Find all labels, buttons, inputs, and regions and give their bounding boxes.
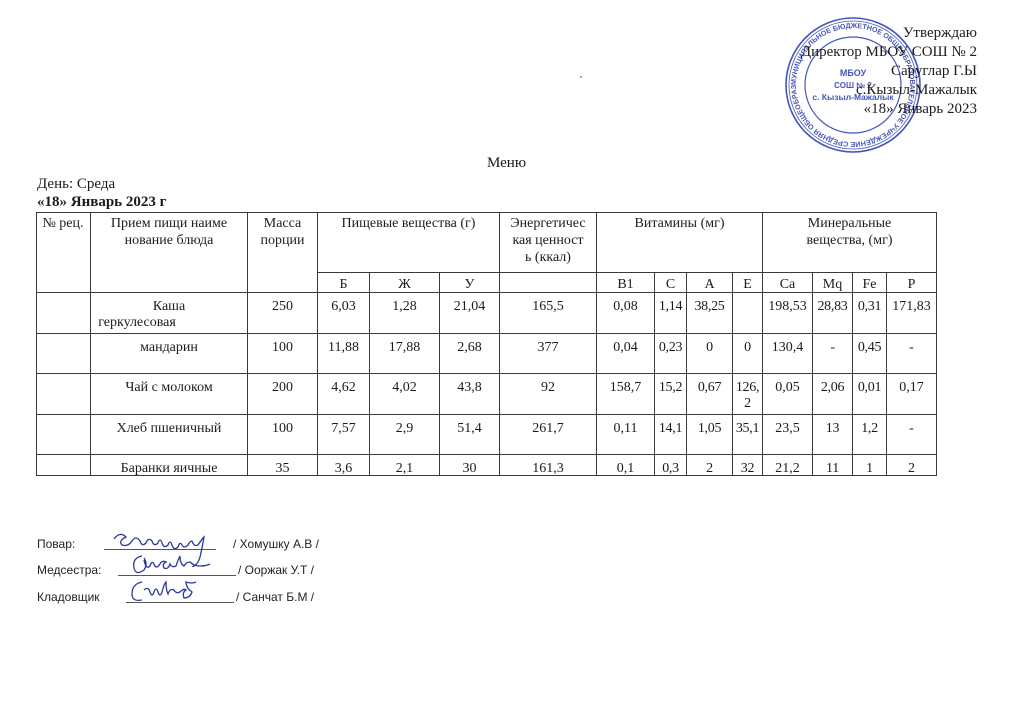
row-3-b1: 158,7: [597, 374, 655, 415]
approval-line-1: Утверждаю: [801, 24, 977, 43]
row-1-dish-name: Кашагеркулесовая: [91, 293, 248, 334]
approval-line-4: с.Кызыл-Мажалык: [801, 81, 977, 100]
row-2-e: 0: [733, 334, 763, 374]
row-4-e: 35,1: [733, 415, 763, 455]
subheader-11: Fe: [853, 273, 887, 293]
row-4-u: 51,4: [440, 415, 500, 455]
row-2-b1: 0,04: [597, 334, 655, 374]
row-3-mq: 2,06: [813, 374, 853, 415]
row-3-e: 126,2: [733, 374, 763, 415]
row-4-b1: 0,11: [597, 415, 655, 455]
signature-name-storekeeper: / Санчат Б.М /: [236, 590, 314, 604]
row-1-u: 21,04: [440, 293, 500, 334]
row-2-ca: 130,4: [763, 334, 813, 374]
day-label: День: Среда: [37, 176, 115, 193]
row-2-p: -: [887, 334, 937, 374]
row-2-a: 0: [687, 334, 733, 374]
signature-name-cook: / Хомушку А.В /: [233, 537, 319, 551]
subheader-4: [500, 273, 597, 293]
subheader-6: C: [655, 273, 687, 293]
row-3-ca: 0,05: [763, 374, 813, 415]
header-vitamins: Витамины (мг): [597, 212, 763, 273]
header-minerals: Минеральныевещества, (мг): [763, 212, 937, 273]
subheader-8: E: [733, 273, 763, 293]
row-5-b: 3,6: [318, 455, 370, 476]
row-1-p: 171,83: [887, 293, 937, 334]
row-2-fe: 0,45: [853, 334, 887, 374]
row-1-a: 38,25: [687, 293, 733, 334]
row-1-ca: 198,53: [763, 293, 813, 334]
row-5-u: 30: [440, 455, 500, 476]
row-3-b: 4,62: [318, 374, 370, 415]
row-4-fe: 1,2: [853, 415, 887, 455]
row-5-a: 2: [687, 455, 733, 476]
row-1-b1: 0,08: [597, 293, 655, 334]
row-2-u: 2,68: [440, 334, 500, 374]
row-3-fe: 0,01: [853, 374, 887, 415]
header-nutrients: Пищевые вещества (г): [318, 212, 500, 273]
row-1-recipe: [36, 293, 91, 334]
row-1-b: 6,03: [318, 293, 370, 334]
approval-block: Утверждаю Директор МБОУ СОШ № 2 Саруглар…: [801, 24, 977, 119]
row-1-energy: 165,5: [500, 293, 597, 334]
date-label: «18» Январь 2023 г: [37, 194, 166, 211]
subheader-5: B1: [597, 273, 655, 293]
row-4-zh: 2,9: [370, 415, 440, 455]
row-4-dish-name: Хлеб пшеничный: [91, 415, 248, 455]
row-2-c: 0,23: [655, 334, 687, 374]
row-2-dish-name: мандарин: [91, 334, 248, 374]
subheader-3: У: [440, 273, 500, 293]
subheader-12: P: [887, 273, 937, 293]
page-title: Меню: [487, 155, 526, 172]
row-4-a: 1,05: [687, 415, 733, 455]
subheader-2: Ж: [370, 273, 440, 293]
row-3-energy: 92: [500, 374, 597, 415]
row-5-zh: 2,1: [370, 455, 440, 476]
row-3-zh: 4,02: [370, 374, 440, 415]
signature-handwriting-storekeeper: [128, 576, 218, 606]
row-5-b1: 0,1: [597, 455, 655, 476]
row-4-mq: 13: [813, 415, 853, 455]
row-2-zh: 17,88: [370, 334, 440, 374]
row-5-recipe: [36, 455, 91, 476]
row-3-dish-name: Чай с молоком: [91, 374, 248, 415]
header-portion-mass: Массапорции: [248, 212, 318, 293]
row-5-ca: 21,2: [763, 455, 813, 476]
row-2-mq: -: [813, 334, 853, 374]
row-4-mass: 100: [248, 415, 318, 455]
row-5-energy: 161,3: [500, 455, 597, 476]
row-1-zh: 1,28: [370, 293, 440, 334]
subheader-1: Б: [318, 273, 370, 293]
row-5-fe: 1: [853, 455, 887, 476]
row-4-ca: 23,5: [763, 415, 813, 455]
row-4-p: -: [887, 415, 937, 455]
row-5-dish-name: Баранки яичные: [91, 455, 248, 476]
row-5-mq: 11: [813, 455, 853, 476]
row-2-energy: 377: [500, 334, 597, 374]
row-5-mass: 35: [248, 455, 318, 476]
approval-line-3: Саруглар Г.Ы: [801, 62, 977, 81]
row-3-u: 43,8: [440, 374, 500, 415]
row-1-mass: 250: [248, 293, 318, 334]
row-3-c: 15,2: [655, 374, 687, 415]
header-recipe-no: № рец.: [36, 212, 91, 293]
header-meal-name: Прием пищи наименование блюда: [91, 212, 248, 293]
row-3-a: 0,67: [687, 374, 733, 415]
row-4-recipe: [36, 415, 91, 455]
row-1-mq: 28,83: [813, 293, 853, 334]
row-1-e: [733, 293, 763, 334]
row-5-p: 2: [887, 455, 937, 476]
row-5-e: 32: [733, 455, 763, 476]
row-1-fe: 0,31: [853, 293, 887, 334]
row-5-c: 0,3: [655, 455, 687, 476]
row-4-energy: 261,7: [500, 415, 597, 455]
signature-name-nurse: / Ооржак У.Т /: [238, 563, 314, 577]
row-4-b: 7,57: [318, 415, 370, 455]
signature-role-cook: Повар:: [37, 537, 75, 551]
signature-role-storekeeper: Кладовщик: [37, 590, 100, 604]
approval-line-5: «18» Январь 2023: [801, 100, 977, 119]
speck: [580, 76, 582, 78]
row-3-p: 0,17: [887, 374, 937, 415]
subheader-7: A: [687, 273, 733, 293]
header-energy: Энергетическая ценность (ккал): [500, 212, 597, 273]
subheader-9: Ca: [763, 273, 813, 293]
row-2-mass: 100: [248, 334, 318, 374]
row-2-b: 11,88: [318, 334, 370, 374]
row-3-recipe: [36, 374, 91, 415]
row-4-c: 14,1: [655, 415, 687, 455]
row-3-mass: 200: [248, 374, 318, 415]
row-1-c: 1,14: [655, 293, 687, 334]
subheader-10: Mq: [813, 273, 853, 293]
signature-role-nurse: Медсестра:: [37, 563, 101, 577]
approval-line-2: Директор МБОУ СОШ № 2: [801, 43, 977, 62]
row-2-recipe: [36, 334, 91, 374]
